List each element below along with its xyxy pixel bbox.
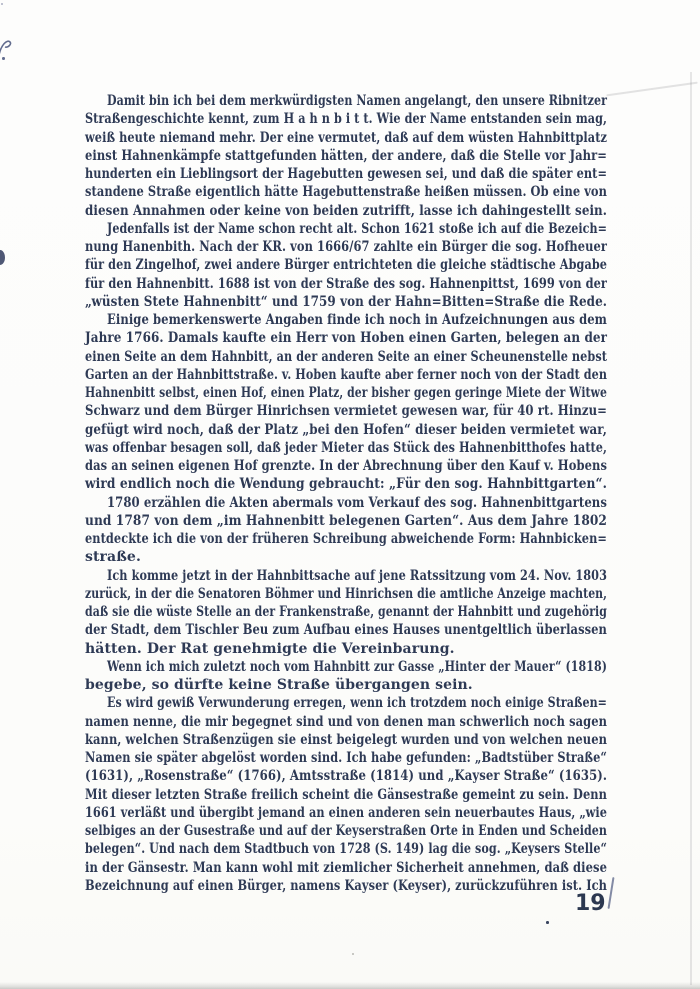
text-line: einen Seite an dem Hahnbitt, an der ande… bbox=[85, 349, 607, 367]
text-line: Ich komme jetzt in der Hahnbittsache auf… bbox=[85, 568, 607, 586]
text-line: in der Gänsestr. Man kann wohl mit zieml… bbox=[85, 860, 607, 878]
text-line: für den Hahnenbitt. 1688 ist von der Str… bbox=[85, 276, 607, 294]
text-line: Es wird gewiß Verwunderung erregen, wenn… bbox=[85, 695, 607, 713]
text-line: wird endlich noch die Wendung gebraucht:… bbox=[85, 476, 607, 494]
text-line: gefügt wird noch, daß der Platz „bei den… bbox=[85, 422, 607, 440]
text-line: belegen“. Und nach dem Stadtbuch von 172… bbox=[85, 841, 607, 859]
scan-artifact-ink-blob bbox=[0, 250, 5, 265]
text-line: zurück, in der die Senatoren Böhmer und … bbox=[85, 586, 607, 604]
text-line: Straßengeschichte kennt, zum H a h n b i… bbox=[85, 111, 607, 129]
text-line: 1661 verläßt und übergibt jemand an eine… bbox=[85, 805, 607, 823]
text-line: daß sie die wüste Stelle an der Frankens… bbox=[85, 604, 607, 622]
text-line: Jedenfalls ist der Name schon recht alt.… bbox=[85, 221, 607, 239]
text-line: nung Hanenbith. Nach der KR. von 1666/67… bbox=[85, 239, 607, 257]
text-line: was offenbar besagen soll, daß jeder Mie… bbox=[85, 440, 607, 458]
text-line: Mit dieser letzten Straße freilich schei… bbox=[85, 787, 607, 805]
text-line: entdeckte ich die von der früheren Schre… bbox=[85, 531, 607, 549]
text-line: Bezeichnung auf einen Bürger, namens Kay… bbox=[85, 878, 607, 896]
scanned-book-page: Damit bin ich bei dem merkwürdigsten Nam… bbox=[0, 0, 700, 989]
text-line: (1631), „Rosenstraße“ (1766), Amtsstraße… bbox=[85, 768, 607, 786]
text-line: Jahre 1766. Damals kaufte ein Herr von H… bbox=[85, 330, 607, 348]
text-line: für den Zingelhof, zwei andere Bürger en… bbox=[85, 257, 607, 275]
text-line: einst Hahnenkämpfe stattgefunden hätten,… bbox=[85, 148, 607, 166]
text-line: 1780 erzählen die Akten abermals vom Ver… bbox=[85, 495, 607, 513]
text-line: Garten an der Hahnbittstraße. v. Hoben k… bbox=[85, 367, 607, 385]
scan-artifact-page-edge-line bbox=[690, 72, 692, 985]
scan-artifact-speck bbox=[1, 3, 3, 5]
text-line: Hahnenbitt selbst, einen Hof, einen Plat… bbox=[85, 385, 607, 403]
scan-artifact-dot bbox=[546, 921, 549, 924]
text-line: „wüsten Stete Hahnenbitt“ und 1759 von d… bbox=[85, 294, 607, 312]
text-line: selbiges an der Gusestraße und auf der K… bbox=[85, 823, 607, 841]
text-line: begebe, so dürfte keine Straße übergange… bbox=[85, 677, 607, 695]
text-line: diesen Annahmen oder keine von beiden zu… bbox=[85, 203, 607, 221]
text-block: Damit bin ich bei dem merkwürdigsten Nam… bbox=[85, 93, 607, 896]
text-line: kann, welchen Straßenzügen sie einst bei… bbox=[85, 732, 607, 750]
scan-artifact-pen-stroke bbox=[608, 877, 615, 909]
text-line: straße. bbox=[85, 549, 607, 567]
text-line: und 1787 von dem „im Hahnenbitt belegene… bbox=[85, 513, 607, 531]
text-line: weiß heute niemand mehr. Der eine vermut… bbox=[85, 130, 607, 148]
text-line: Namen sie später abgelöst worden sind. I… bbox=[85, 750, 607, 768]
text-line: Schwarz und dem Bürger Hinrichsen vermie… bbox=[85, 403, 607, 421]
text-line: standene Straße eigentlich hätte Hagebut… bbox=[85, 184, 607, 202]
scan-artifact-dot bbox=[352, 953, 354, 955]
text-line: Damit bin ich bei dem merkwürdigsten Nam… bbox=[85, 93, 607, 111]
text-line: hätten. Der Rat genehmigte die Vereinbar… bbox=[85, 641, 607, 659]
text-line: das an seinen eigenen Hof grenzte. In de… bbox=[85, 458, 607, 476]
text-line: Wenn ich mich zuletzt noch vom Hahnbitt … bbox=[85, 659, 607, 677]
text-line: hunderten ein Lieblingsort der Hagebutte… bbox=[85, 166, 607, 184]
scan-artifact-bottom-shadow bbox=[0, 982, 700, 989]
scan-artifact-smudge bbox=[606, 82, 697, 97]
page-number: 19 bbox=[575, 891, 606, 916]
text-line: Einige bemerkenswerte Angaben finde ich … bbox=[85, 312, 607, 330]
scan-artifact-dot bbox=[2, 57, 5, 60]
text-line: der Stadt, dem Tischler Beu zum Aufbau e… bbox=[85, 622, 607, 640]
text-line: namen nenne, die mir begegnet sind und v… bbox=[85, 714, 607, 732]
